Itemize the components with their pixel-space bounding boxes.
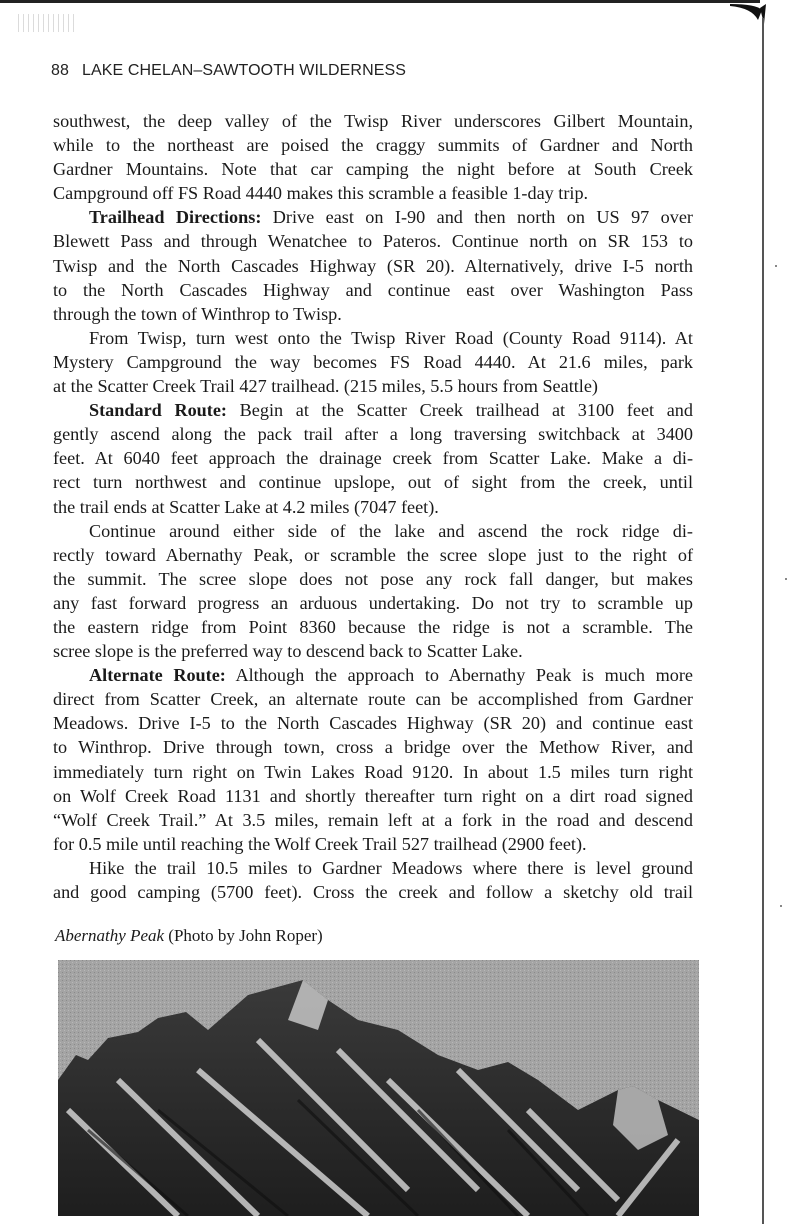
text-line: Although the approach to Abernathy Peak …: [226, 665, 693, 685]
section-heading-standard-route: Standard Route:: [89, 400, 227, 420]
text-line: while to the northeast are poised the cr…: [53, 133, 693, 157]
body-text: southwest, the deep valley of the Twisp …: [53, 109, 693, 904]
text-line: immediately turn right on Twin Lakes Roa…: [53, 760, 693, 784]
section-heading-trailhead-directions: Trailhead Directions:: [89, 207, 261, 227]
paragraph-alternate-route: Alternate Route: Although the approach t…: [53, 663, 693, 856]
text-line: rectly toward Abernathy Peak, or scrambl…: [53, 543, 693, 567]
scan-artifact: [18, 14, 78, 32]
text-line: and good camping (5700 feet). Cross the …: [53, 880, 693, 904]
page-top-edge: [0, 0, 760, 3]
text-line: at the Scatter Creek Trail 427 trailhead…: [53, 374, 693, 398]
scan-speck: [775, 265, 777, 267]
text-line: the eastern ridge from Point 8360 becaus…: [53, 615, 693, 639]
text-line: Hike the trail 10.5 miles to Gardner Mea…: [53, 856, 693, 880]
paragraph-trailhead-directions: Trailhead Directions: Drive east on I-90…: [53, 205, 693, 325]
text-line: for 0.5 mile until reaching the Wolf Cre…: [53, 832, 693, 856]
text-line: From Twisp, turn west onto the Twisp Riv…: [53, 326, 693, 350]
text-line: Continue around either side of the lake …: [53, 519, 693, 543]
text-line: to Winthrop. Drive through town, cross a…: [53, 735, 693, 759]
text-line: Mystery Campground the way becomes FS Ro…: [53, 350, 693, 374]
caption-title: Abernathy Peak: [55, 926, 164, 945]
text-line: the summit. The scree slope does not pos…: [53, 567, 693, 591]
text-line: southwest, the deep valley of the Twisp …: [53, 109, 693, 133]
caption-credit: (Photo by John Roper): [164, 926, 323, 945]
running-header: 88LAKE CHELAN–SAWTOOTH WILDERNESS: [51, 62, 406, 80]
paragraph-from-twisp: From Twisp, turn west onto the Twisp Riv…: [53, 326, 693, 398]
text-line: feet. At 6040 feet approach the drainage…: [53, 446, 693, 470]
text-line: Gardner Mountains. Note that car camping…: [53, 157, 693, 181]
text-line: on Wolf Creek Road 1131 and shortly ther…: [53, 784, 693, 808]
paragraph-intro: southwest, the deep valley of the Twisp …: [53, 109, 693, 205]
text-line: Blewett Pass and through Wenatchee to Pa…: [53, 229, 693, 253]
text-line: through the town of Winthrop to Twisp.: [53, 302, 693, 326]
text-line: “Wolf Creek Trail.” At 3.5 miles, remain…: [53, 808, 693, 832]
paragraph-hike-the-trail: Hike the trail 10.5 miles to Gardner Mea…: [53, 856, 693, 904]
paragraph-continue-around: Continue around either side of the lake …: [53, 519, 693, 664]
figure-caption: Abernathy Peak (Photo by John Roper): [55, 926, 323, 946]
section-heading-alternate-route: Alternate Route:: [89, 665, 226, 685]
page-number: 88: [51, 62, 69, 79]
page-right-edge: [762, 18, 764, 1224]
scan-speck: [780, 905, 782, 907]
running-head-title: LAKE CHELAN–SAWTOOTH WILDERNESS: [82, 62, 406, 79]
text-line: rect turn northwest and continue upslope…: [53, 470, 693, 494]
text-line: the trail ends at Scatter Lake at 4.2 mi…: [53, 495, 693, 519]
mountain-photo: [58, 960, 699, 1216]
text-line: Drive east on I-90 and then north on US …: [261, 207, 693, 227]
paragraph-standard-route: Standard Route: Begin at the Scatter Cre…: [53, 398, 693, 518]
text-line: to the North Cascades Highway and contin…: [53, 278, 693, 302]
text-line: any fast forward progress an arduous und…: [53, 591, 693, 615]
text-line: Campground off FS Road 4440 makes this s…: [53, 181, 693, 205]
mountain-photo-graphic: [58, 960, 699, 1216]
text-line: gently ascend along the pack trail after…: [53, 422, 693, 446]
text-line: Twisp and the North Cascades Highway (SR…: [53, 254, 693, 278]
text-line: scree slope is the preferred way to desc…: [53, 639, 693, 663]
text-line: Begin at the Scatter Creek trailhead at …: [227, 400, 693, 420]
text-line: direct from Scatter Creek, an alternate …: [53, 687, 693, 711]
page-corner-fold: [730, 0, 770, 40]
text-line: Meadows. Drive I-5 to the North Cascades…: [53, 711, 693, 735]
scan-speck: [785, 578, 787, 580]
